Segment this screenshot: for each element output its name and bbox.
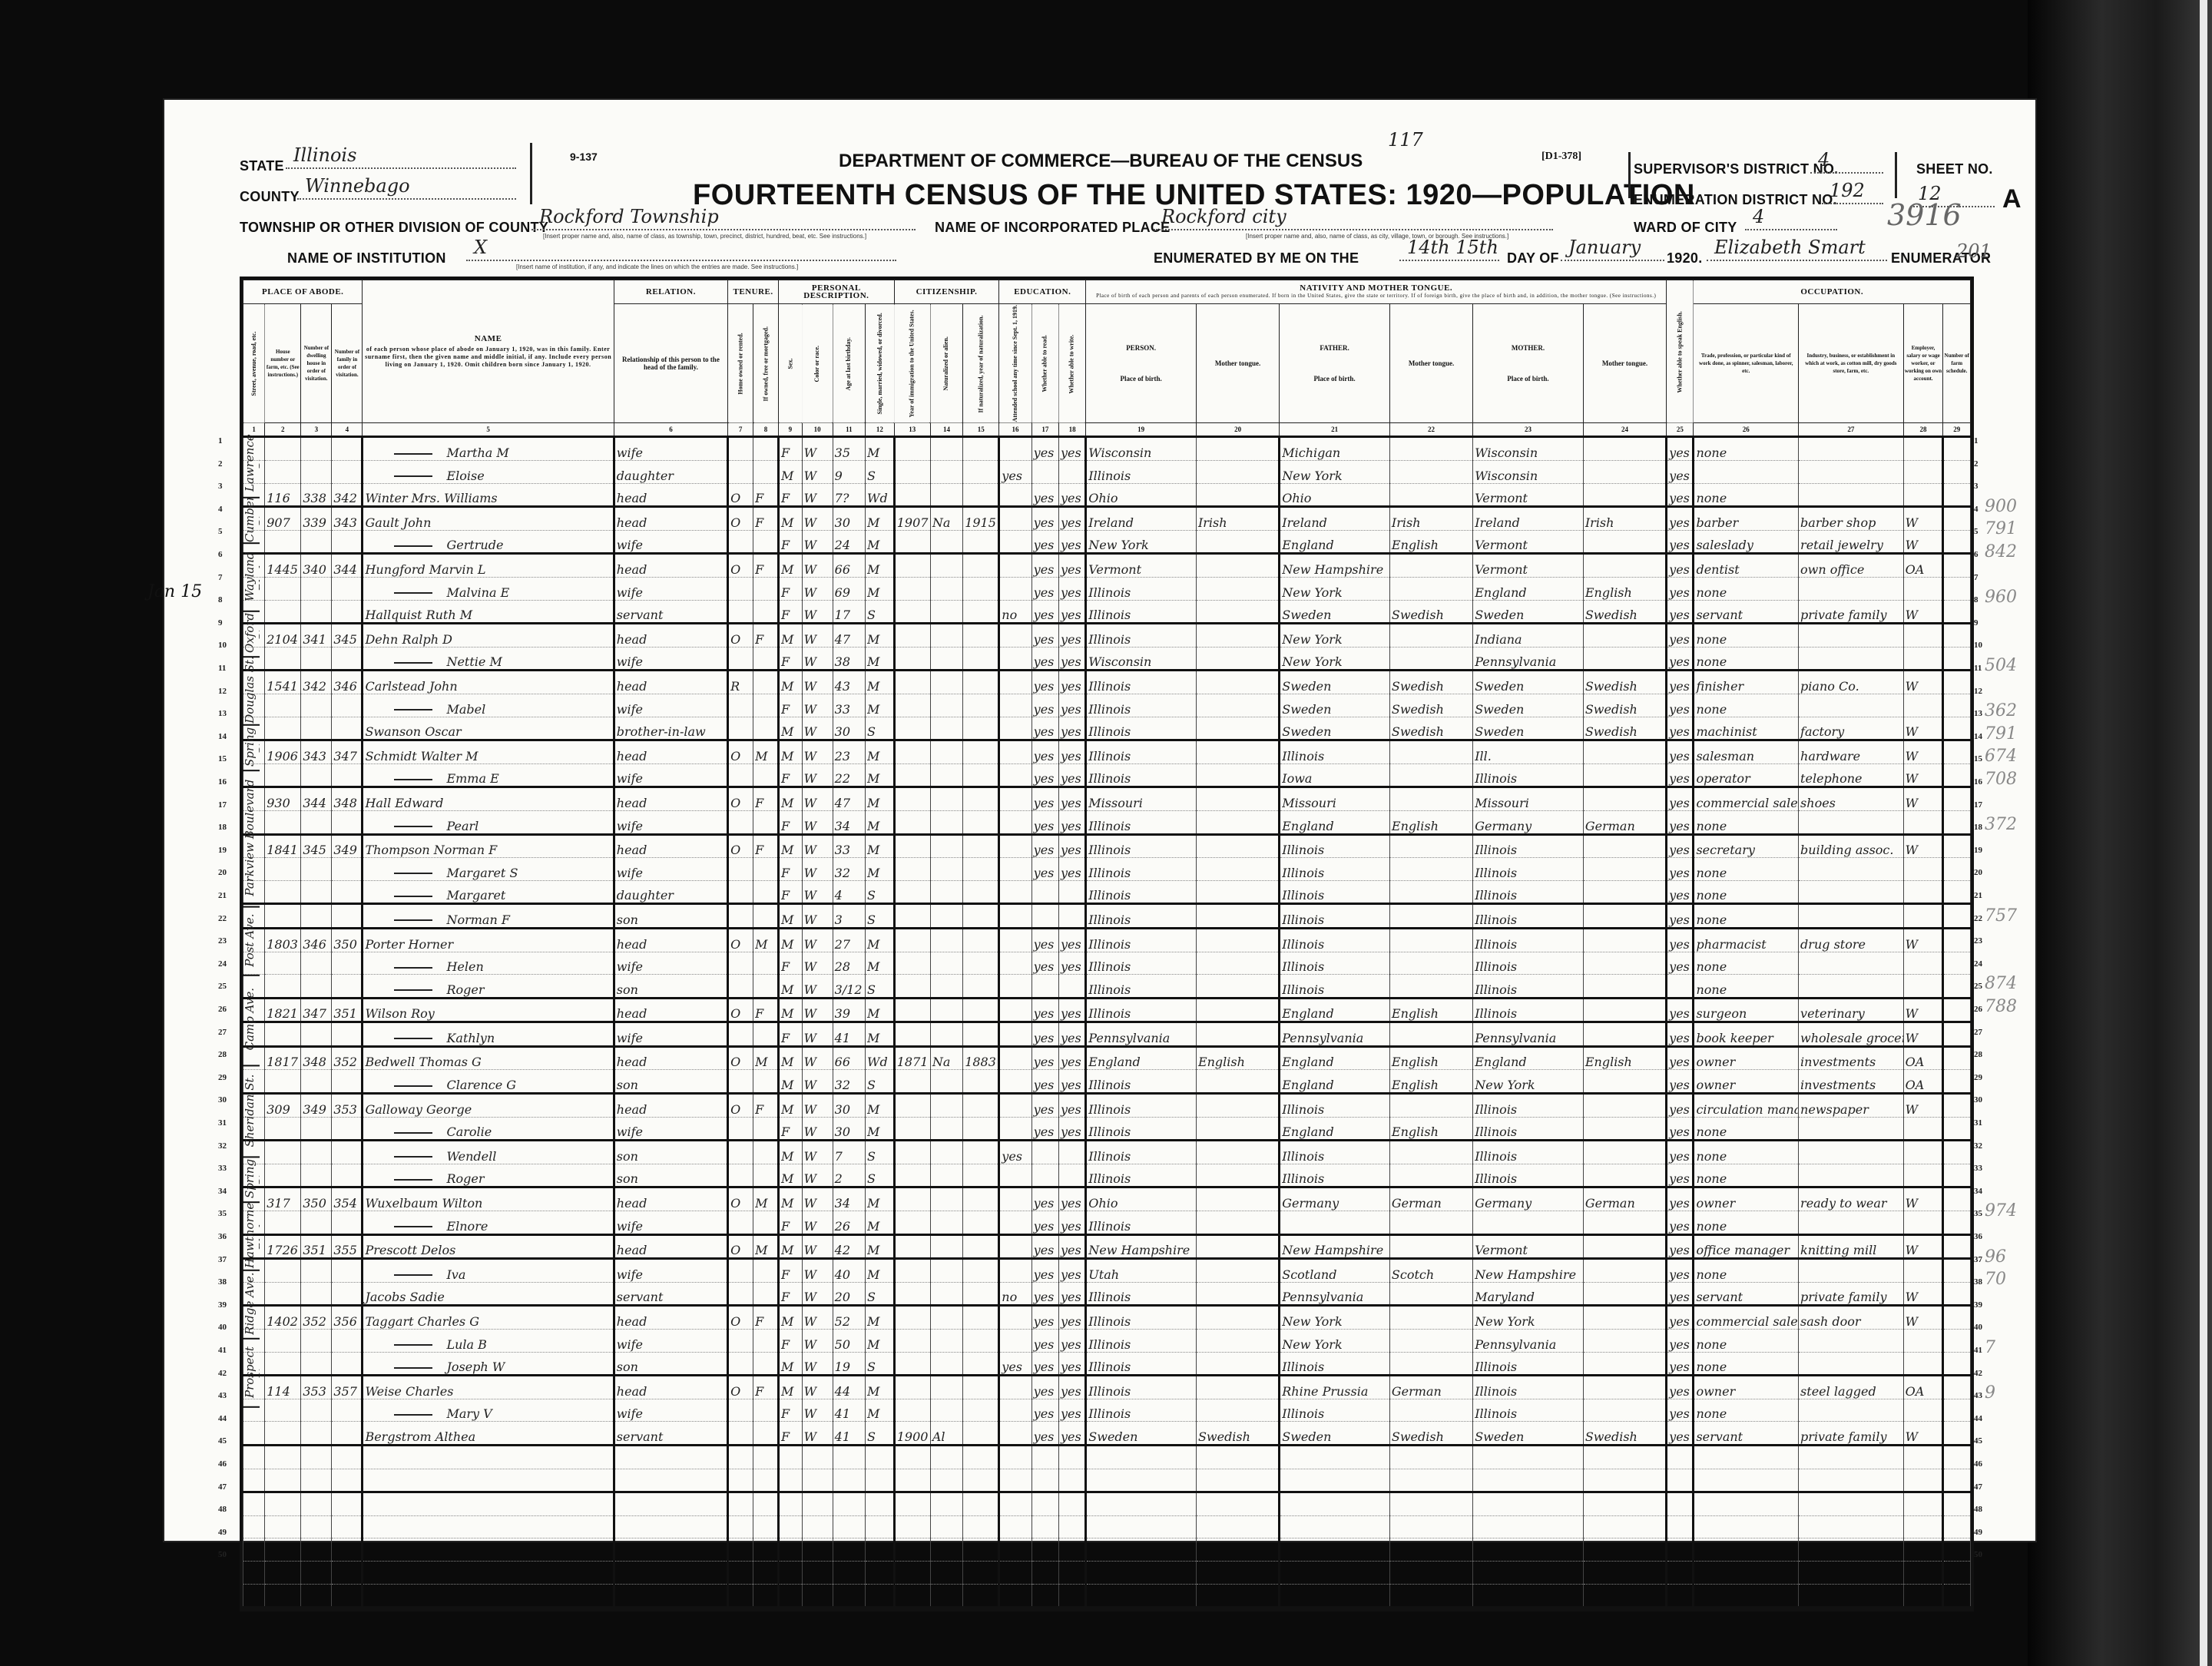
- cell-natyr: [963, 1306, 999, 1330]
- line-number: 7: [1974, 573, 1979, 582]
- cell-nat: Na: [930, 507, 962, 531]
- cell-industry: [1799, 1399, 1904, 1422]
- line-number: 25: [218, 982, 227, 991]
- cell-dwelling: 350: [301, 1187, 332, 1211]
- cell-dwelling: [301, 1352, 332, 1376]
- occupation-code: 842: [1985, 542, 2017, 561]
- cell-sex: M: [779, 904, 803, 929]
- line-number: 50: [218, 1550, 227, 1559]
- cell-farm: [1943, 880, 1971, 904]
- cell-house: 309: [265, 1094, 301, 1118]
- cell-age: 30: [833, 1117, 865, 1141]
- cell-trade: none: [1694, 1117, 1799, 1141]
- cell-farm: [1943, 1584, 1971, 1608]
- cell-natyr: [963, 1376, 999, 1399]
- cell-age: 24: [833, 530, 865, 554]
- column-number: 4: [332, 423, 363, 437]
- cell-pob: [1086, 1469, 1197, 1492]
- cell-school: [999, 1445, 1031, 1469]
- cell-ftongue: [1389, 1469, 1472, 1492]
- cell-house: 1445: [265, 554, 301, 578]
- cell-house: [265, 1330, 301, 1353]
- cell-house: [265, 1117, 301, 1141]
- line-number: 24: [1974, 959, 1982, 969]
- cell-nat: [930, 1117, 962, 1141]
- cell-nat: [930, 763, 962, 787]
- cell-house: [265, 1492, 301, 1516]
- cell-sex: F: [779, 694, 803, 717]
- cell-mtongue: [1583, 763, 1666, 787]
- cell-house: [265, 1022, 301, 1047]
- cell-age: 32: [833, 858, 865, 881]
- cell-natyr: [963, 530, 999, 554]
- cell-english: [1667, 1515, 1694, 1538]
- cell-family: [332, 810, 363, 834]
- cell-mortgage: [753, 1022, 779, 1047]
- cell-ftongue: English: [1389, 1117, 1472, 1141]
- occupation-code: 372: [1985, 815, 2017, 834]
- cell-owned: O: [728, 928, 753, 952]
- cell-immig: 1900: [894, 1422, 930, 1446]
- cell-name: Wuxelbaum Wilton: [363, 1187, 614, 1211]
- cell-sex: F: [779, 1211, 803, 1235]
- cell-trade: owner: [1694, 1046, 1799, 1070]
- cell-mpob: Germany: [1473, 1187, 1584, 1211]
- cell-race: W: [802, 554, 833, 578]
- cell-owned: R: [728, 671, 753, 694]
- cell-sex: F: [779, 530, 803, 554]
- cell-dwelling: [301, 1022, 332, 1047]
- cell-house: [265, 810, 301, 834]
- cell-race: W: [802, 1164, 833, 1187]
- cell-age: 41: [833, 1399, 865, 1422]
- column-number: 5: [363, 423, 614, 437]
- cell-write: [1058, 1141, 1085, 1164]
- cell-owned: [728, 1330, 753, 1353]
- cell-age: 2: [833, 1164, 865, 1187]
- line-number: 25: [1974, 982, 1982, 991]
- table-row: [243, 1515, 1971, 1538]
- cell-mtongue: Swedish: [1583, 694, 1666, 717]
- cell-relation: head: [614, 1306, 727, 1330]
- ditto-dash: [394, 967, 432, 969]
- cell-race: W: [802, 437, 833, 461]
- cell-read: yes: [1031, 998, 1058, 1022]
- sheet-label: SHEET NO.: [1916, 161, 1993, 177]
- cell-mortgage: [753, 1445, 779, 1469]
- cell-natyr: [963, 600, 999, 624]
- cell-read: yes: [1031, 858, 1058, 881]
- cell-marital: M: [866, 952, 895, 975]
- cell-pob: Illinois: [1086, 1352, 1197, 1376]
- cell-relation: wife: [614, 1117, 727, 1141]
- cell-farm: [1943, 858, 1971, 881]
- cell-farm: [1943, 1282, 1971, 1306]
- ditto-dash: [394, 1344, 432, 1346]
- cell-ftongue: English: [1389, 1070, 1472, 1094]
- column-number: 12: [866, 423, 895, 437]
- cell-sex: M: [779, 1046, 803, 1070]
- line-number: 33: [218, 1164, 227, 1173]
- cell-school: [999, 928, 1031, 952]
- cell-mtongue: Swedish: [1583, 1422, 1666, 1446]
- line-number: 28: [1974, 1050, 1982, 1059]
- cell-dwelling: [301, 647, 332, 671]
- line-number: 30: [1974, 1095, 1982, 1105]
- cell-owned: [728, 763, 753, 787]
- cell-family: 351: [332, 998, 363, 1022]
- table-row: [243, 1538, 1971, 1562]
- cell-nat: [930, 1515, 962, 1538]
- cell-ftongue: [1389, 1584, 1472, 1608]
- table-row: 1821347351Wilson RoyheadOFMW39MyesyesIll…: [243, 998, 1971, 1022]
- cell-mtongue: English: [1583, 578, 1666, 601]
- line-number: 3: [218, 482, 223, 491]
- cell-ftongue: [1389, 554, 1472, 578]
- cell-mtongue: [1583, 1094, 1666, 1118]
- cell-mortgage: F: [753, 1094, 779, 1118]
- cell-read: yes: [1031, 647, 1058, 671]
- cell-relation: head: [614, 1376, 727, 1399]
- department-title: DEPARTMENT OF COMMERCE—BUREAU OF THE CEN…: [839, 151, 1363, 172]
- cell-emp: [1903, 1469, 1943, 1492]
- cell-trade: none: [1694, 810, 1799, 834]
- cell-tongue: [1196, 1234, 1279, 1259]
- cell-farm: [1943, 1515, 1971, 1538]
- group-personal-description: PERSONAL DESCRIPTION.: [779, 280, 895, 304]
- cell-name: Kathlyn: [363, 1022, 614, 1047]
- cell-race: W: [802, 694, 833, 717]
- cell-owned: [728, 1492, 753, 1516]
- cell-pob: Illinois: [1086, 810, 1197, 834]
- cell-sex: M: [779, 671, 803, 694]
- cell-trade: saleslady: [1694, 530, 1799, 554]
- column-number: 26: [1694, 423, 1799, 437]
- col-sex: Sex.: [779, 304, 803, 423]
- cell-natyr: [963, 998, 999, 1022]
- cell-emp: [1903, 694, 1943, 717]
- cell-farm: [1943, 600, 1971, 624]
- cell-tongue: [1196, 1211, 1279, 1235]
- cell-pob: Vermont: [1086, 554, 1197, 578]
- given-name: Roger: [446, 982, 484, 997]
- cell-family: [332, 600, 363, 624]
- cell-english: yes: [1667, 1259, 1694, 1283]
- cell-mpob: Pennsylvania: [1473, 647, 1584, 671]
- cell-marital: M: [866, 1094, 895, 1118]
- cell-mortgage: F: [753, 998, 779, 1022]
- cell-family: [332, 952, 363, 975]
- cell-street: [243, 1515, 265, 1538]
- cell-relation: [614, 1469, 727, 1492]
- cell-age: 35: [833, 437, 865, 461]
- cell-race: [802, 1445, 833, 1469]
- col-write: Whether able to write.: [1058, 304, 1085, 423]
- cell-mtongue: [1583, 1469, 1666, 1492]
- ditto-dash: [394, 896, 432, 897]
- cell-industry: [1799, 1117, 1904, 1141]
- cell-dwelling: 340: [301, 554, 332, 578]
- cell-marital: M: [866, 1399, 895, 1422]
- cell-pob: Illinois: [1086, 578, 1197, 601]
- cell-write: [1058, 1515, 1085, 1538]
- cell-industry: piano Co.: [1799, 671, 1904, 694]
- cell-family: [332, 880, 363, 904]
- cell-mtongue: [1583, 1330, 1666, 1353]
- cell-immig: [894, 740, 930, 764]
- line-number: 22: [1974, 914, 1982, 923]
- cell-natyr: [963, 578, 999, 601]
- cell-fpob: [1280, 1469, 1390, 1492]
- cell-pob: New Hampshire: [1086, 1234, 1197, 1259]
- cell-mpob: Pennsylvania: [1473, 1330, 1584, 1353]
- line-number: 27: [1974, 1028, 1982, 1037]
- cell-ftongue: [1389, 952, 1472, 975]
- cell-trade: barber: [1694, 507, 1799, 531]
- cell-immig: 1907: [894, 507, 930, 531]
- cell-english: yes: [1667, 952, 1694, 975]
- line-number: 48: [218, 1505, 227, 1514]
- cell-house: [265, 952, 301, 975]
- cell-nat: [930, 1234, 962, 1259]
- cell-read: yes: [1031, 787, 1058, 811]
- cell-owned: [728, 1211, 753, 1235]
- cell-mortgage: M: [753, 740, 779, 764]
- cell-marital: [866, 1561, 895, 1584]
- line-number: 37: [1974, 1255, 1982, 1264]
- cell-ftongue: [1389, 578, 1472, 601]
- cell-emp: [1903, 1117, 1943, 1141]
- cell-emp: W: [1903, 600, 1943, 624]
- cell-race: W: [802, 1259, 833, 1283]
- cell-read: yes: [1031, 578, 1058, 601]
- cell-ftongue: [1389, 1094, 1472, 1118]
- cell-ftongue: [1389, 1399, 1472, 1422]
- cell-immig: [894, 578, 930, 601]
- given-name: Mary V: [446, 1406, 492, 1421]
- cell-mortgage: [753, 694, 779, 717]
- cell-marital: M: [866, 1211, 895, 1235]
- cell-trade: none: [1694, 483, 1799, 507]
- group-nativity: NATIVITY AND MOTHER TONGUE.Place of birt…: [1086, 280, 1667, 304]
- cell-nat: [930, 530, 962, 554]
- cell-name: Joseph W: [363, 1352, 614, 1376]
- cell-write: yes: [1058, 834, 1085, 858]
- cell-mpob: Illinois: [1473, 975, 1584, 999]
- cell-owned: [728, 952, 753, 975]
- cell-emp: W: [1903, 1094, 1943, 1118]
- cell-ftongue: [1389, 858, 1472, 881]
- cell-sex: M: [779, 1141, 803, 1164]
- table-row: EloisedaughterMW9SyesIllinoisNew YorkWis…: [243, 461, 1971, 484]
- cell-immig: [894, 928, 930, 952]
- cell-owned: [728, 578, 753, 601]
- cell-english: yes: [1667, 1141, 1694, 1164]
- cell-farm: [1943, 1492, 1971, 1516]
- street-label: Post Ave.: [243, 906, 260, 976]
- cell-immig: [894, 1164, 930, 1187]
- cell-mtongue: [1583, 647, 1666, 671]
- cell-mtongue: [1583, 1164, 1666, 1187]
- cell-english: [1667, 1584, 1694, 1608]
- cell-nat: [930, 437, 962, 461]
- cell-read: yes: [1031, 600, 1058, 624]
- cell-mortgage: [753, 858, 779, 881]
- cell-race: [802, 1492, 833, 1516]
- cell-farm: [1943, 1022, 1971, 1047]
- cell-emp: OA: [1903, 1376, 1943, 1399]
- sheet-letter: A: [2002, 184, 2022, 214]
- line-number: 47: [218, 1482, 227, 1492]
- cell-dwelling: [301, 1211, 332, 1235]
- cell-mpob: Wisconsin: [1473, 461, 1584, 484]
- cell-relation: wife: [614, 1022, 727, 1047]
- cell-school: [999, 507, 1031, 531]
- line-number: 34: [1974, 1187, 1982, 1196]
- cell-fpob: [1280, 1211, 1390, 1235]
- cell-mpob: [1473, 1561, 1584, 1584]
- cell-dwelling: 345: [301, 834, 332, 858]
- cell-marital: S: [866, 600, 895, 624]
- cell-ftongue: [1389, 1445, 1472, 1469]
- cell-fpob: Illinois: [1280, 1352, 1390, 1376]
- cell-english: yes: [1667, 694, 1694, 717]
- cell-mpob: Vermont: [1473, 530, 1584, 554]
- cell-tongue: [1196, 740, 1279, 764]
- cell-dwelling: 339: [301, 507, 332, 531]
- cell-immig: [894, 975, 930, 999]
- cell-name: Hall Edward: [363, 787, 614, 811]
- cell-nat: [930, 1187, 962, 1211]
- cell-house: [265, 717, 301, 740]
- cell-industry: building assoc.: [1799, 834, 1904, 858]
- cell-relation: head: [614, 554, 727, 578]
- cell-pob: [1086, 1492, 1197, 1516]
- cell-industry: [1799, 1164, 1904, 1187]
- cell-trade: none: [1694, 975, 1799, 999]
- cell-marital: M: [866, 1330, 895, 1353]
- occupation-code: 788: [1985, 997, 2017, 1016]
- table-row: [243, 1492, 1971, 1516]
- cell-owned: [728, 1117, 753, 1141]
- ditto-dash: [394, 662, 432, 664]
- cell-tongue: [1196, 647, 1279, 671]
- cell-mpob: Vermont: [1473, 483, 1584, 507]
- cell-mtongue: German: [1583, 1187, 1666, 1211]
- cell-dwelling: [301, 975, 332, 999]
- cell-relation: head: [614, 740, 727, 764]
- cell-read: yes: [1031, 810, 1058, 834]
- cell-emp: W: [1903, 763, 1943, 787]
- cell-industry: [1799, 1561, 1904, 1584]
- cell-read: yes: [1031, 834, 1058, 858]
- cell-tongue: [1196, 461, 1279, 484]
- cell-tongue: [1196, 810, 1279, 834]
- cell-english: yes: [1667, 483, 1694, 507]
- cell-fpob: England: [1280, 530, 1390, 554]
- cell-english: [1667, 1561, 1694, 1584]
- cell-nat: [930, 1330, 962, 1353]
- cell-family: [332, 1515, 363, 1538]
- cell-read: yes: [1031, 1399, 1058, 1422]
- cell-farm: [1943, 975, 1971, 999]
- cell-pob: Illinois: [1086, 717, 1197, 740]
- line-number: 5: [1974, 527, 1979, 536]
- cell-owned: [728, 1469, 753, 1492]
- cell-industry: [1799, 437, 1904, 461]
- col-school: Attended school any time since Sept. 1, …: [999, 304, 1031, 423]
- line-number: 41: [1974, 1346, 1982, 1355]
- cell-natyr: [963, 483, 999, 507]
- cell-english: yes: [1667, 1046, 1694, 1070]
- cell-age: 34: [833, 810, 865, 834]
- cell-marital: M: [866, 507, 895, 531]
- cell-write: yes: [1058, 1306, 1085, 1330]
- cell-ftongue: [1389, 1538, 1472, 1562]
- cell-mtongue: [1583, 437, 1666, 461]
- cell-natyr: [963, 1070, 999, 1094]
- supervisor-district-field: 4: [1810, 149, 1883, 174]
- occupation-code: 791: [1985, 724, 2017, 744]
- cell-natyr: [963, 694, 999, 717]
- cell-mortgage: [753, 975, 779, 999]
- enumerator-name: Elizabeth Smart: [1707, 237, 1887, 261]
- cell-ftongue: [1389, 904, 1472, 929]
- cell-pob: Illinois: [1086, 1164, 1197, 1187]
- cell-write: yes: [1058, 810, 1085, 834]
- cell-natyr: [963, 1211, 999, 1235]
- cell-house: 930: [265, 787, 301, 811]
- cell-natyr: [963, 624, 999, 648]
- street-label: Oxford St.: [243, 611, 260, 657]
- cell-write: [1058, 975, 1085, 999]
- cell-ftongue: Swedish: [1389, 600, 1472, 624]
- brace: [1895, 152, 1897, 198]
- cell-natyr: [963, 1538, 999, 1562]
- cell-owned: [728, 1561, 753, 1584]
- cell-immig: [894, 717, 930, 740]
- cell-mpob: Sweden: [1473, 600, 1584, 624]
- cell-age: 17: [833, 600, 865, 624]
- cell-read: [1031, 1469, 1058, 1492]
- cell-mortgage: [753, 1538, 779, 1562]
- cell-marital: S: [866, 1141, 895, 1164]
- cell-mtongue: German: [1583, 810, 1666, 834]
- cell-age: 66: [833, 1046, 865, 1070]
- cell-school: [999, 975, 1031, 999]
- group-occupation: OCCUPATION.: [1694, 280, 1971, 304]
- cell-natyr: [963, 952, 999, 975]
- table-row: ElnorewifeFW26MyesyesIllinoisyesnone: [243, 1211, 1971, 1235]
- cell-industry: newspaper: [1799, 1094, 1904, 1118]
- state-field: Illinois: [286, 144, 516, 169]
- column-number: 28: [1903, 423, 1943, 437]
- cell-dwelling: 341: [301, 624, 332, 648]
- cell-mortgage: [753, 1259, 779, 1283]
- cell-read: yes: [1031, 1187, 1058, 1211]
- column-number: 17: [1031, 423, 1058, 437]
- cell-industry: investments: [1799, 1070, 1904, 1094]
- cell-school: yes: [999, 1141, 1031, 1164]
- cell-pob: Illinois: [1086, 880, 1197, 904]
- cell-name: Mary V: [363, 1399, 614, 1422]
- cell-age: 7?: [833, 483, 865, 507]
- cell-nat: [930, 671, 962, 694]
- cell-mpob: Illinois: [1473, 834, 1584, 858]
- cell-street: [243, 1445, 265, 1469]
- cell-english: [1667, 1469, 1694, 1492]
- line-number: 4: [218, 505, 223, 514]
